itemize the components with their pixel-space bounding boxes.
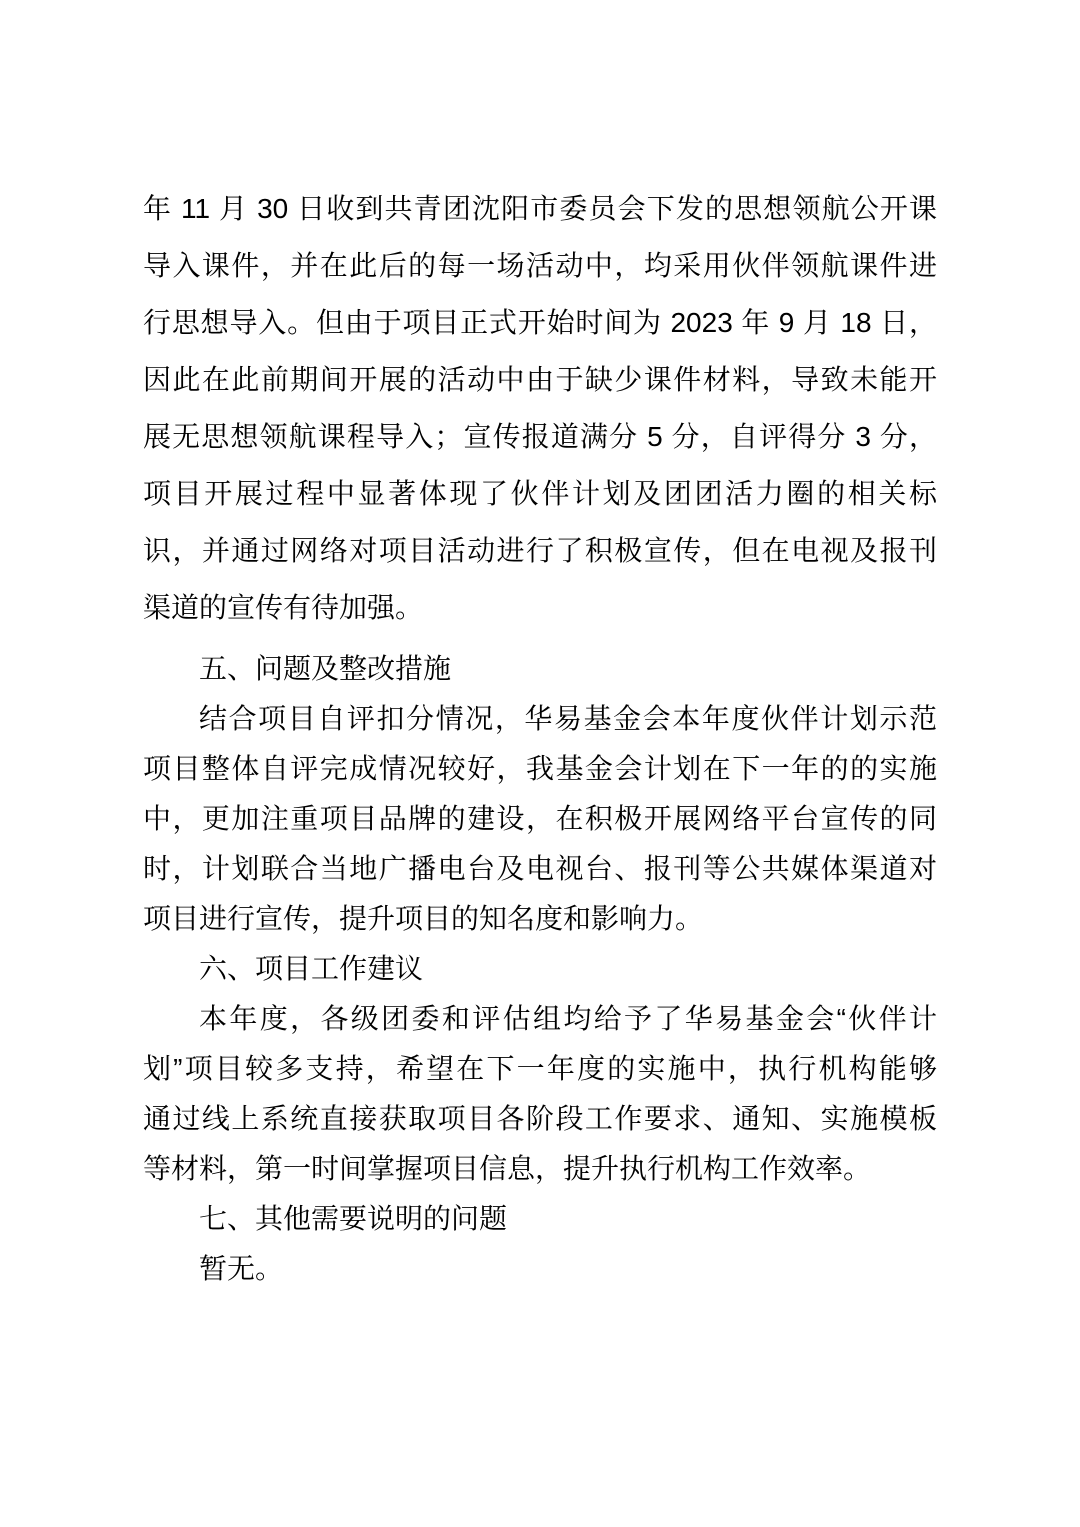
text-line: 通过线上系统直接获取项目各阶段工作要求、通知、实施模板 bbox=[143, 1094, 937, 1144]
heading-section-six: 六、项目工作建议 bbox=[143, 944, 937, 994]
section-heading: 五、问题及整改措施 bbox=[143, 644, 937, 694]
text-line: 项目进行宣传，提升项目的知名度和影响力。 bbox=[143, 894, 937, 944]
text-line: 行思想导入。但由于项目正式开始时间为 2023 年 9 月 18 日， bbox=[143, 294, 937, 351]
text-line: 展无思想领航课程导入；宣传报道满分 5 分，自评得分 3 分， bbox=[143, 408, 937, 465]
text-line: 中，更加注重项目品牌的建设，在积极开展网络平台宣传的同 bbox=[143, 794, 937, 844]
text-line: 时，计划联合当地广播电台及电视台、报刊等公共媒体渠道对 bbox=[143, 844, 937, 894]
text-line: 划”项目较多支持，希望在下一年度的实施中，执行机构能够 bbox=[143, 1044, 937, 1094]
text-line: 暂无。 bbox=[143, 1244, 937, 1294]
text-line: 等材料，第一时间掌握项目信息，提升执行机构工作效率。 bbox=[143, 1144, 937, 1194]
section-heading: 七、其他需要说明的问题 bbox=[143, 1194, 937, 1244]
document-page: 年 11 月 30 日收到共青团沈阳市委员会下发的思想领航公开课 导入课件，并在… bbox=[0, 0, 1080, 1527]
text-line: 结合项目自评扣分情况，华易基金会本年度伙伴计划示范 bbox=[143, 694, 937, 744]
text-line: 识，并通过网络对项目活动进行了积极宣传，但在电视及报刊 bbox=[143, 522, 937, 579]
text-line: 因此在此前期间开展的活动中由于缺少课件材料，导致未能开 bbox=[143, 351, 937, 408]
text-line: 导入课件，并在此后的每一场活动中，均采用伙伴领航课件进 bbox=[143, 237, 937, 294]
text-line: 本年度，各级团委和评估组均给予了华易基金会“伙伴计 bbox=[143, 994, 937, 1044]
paragraph-rectification: 结合项目自评扣分情况，华易基金会本年度伙伴计划示范 项目整体自评完成情况较好，我… bbox=[143, 694, 937, 944]
text-line: 年 11 月 30 日收到共青团沈阳市委员会下发的思想领航公开课 bbox=[143, 180, 937, 237]
text-line: 项目开展过程中显著体现了伙伴计划及团团活力圈的相关标 bbox=[143, 465, 937, 522]
text-line: 项目整体自评完成情况较好，我基金会计划在下一年的的实施 bbox=[143, 744, 937, 794]
text-line: 渠道的宣传有待加强。 bbox=[143, 579, 937, 636]
document-body: 年 11 月 30 日收到共青团沈阳市委员会下发的思想领航公开课 导入课件，并在… bbox=[143, 180, 937, 1294]
paragraph-suggestions: 本年度，各级团委和评估组均给予了华易基金会“伙伴计 划”项目较多支持，希望在下一… bbox=[143, 994, 937, 1194]
paragraph-score-explanation: 年 11 月 30 日收到共青团沈阳市委员会下发的思想领航公开课 导入课件，并在… bbox=[143, 180, 937, 636]
section-heading: 六、项目工作建议 bbox=[143, 944, 937, 994]
paragraph-none: 暂无。 bbox=[143, 1244, 937, 1294]
heading-section-seven: 七、其他需要说明的问题 bbox=[143, 1194, 937, 1244]
heading-section-five: 五、问题及整改措施 bbox=[143, 644, 937, 694]
